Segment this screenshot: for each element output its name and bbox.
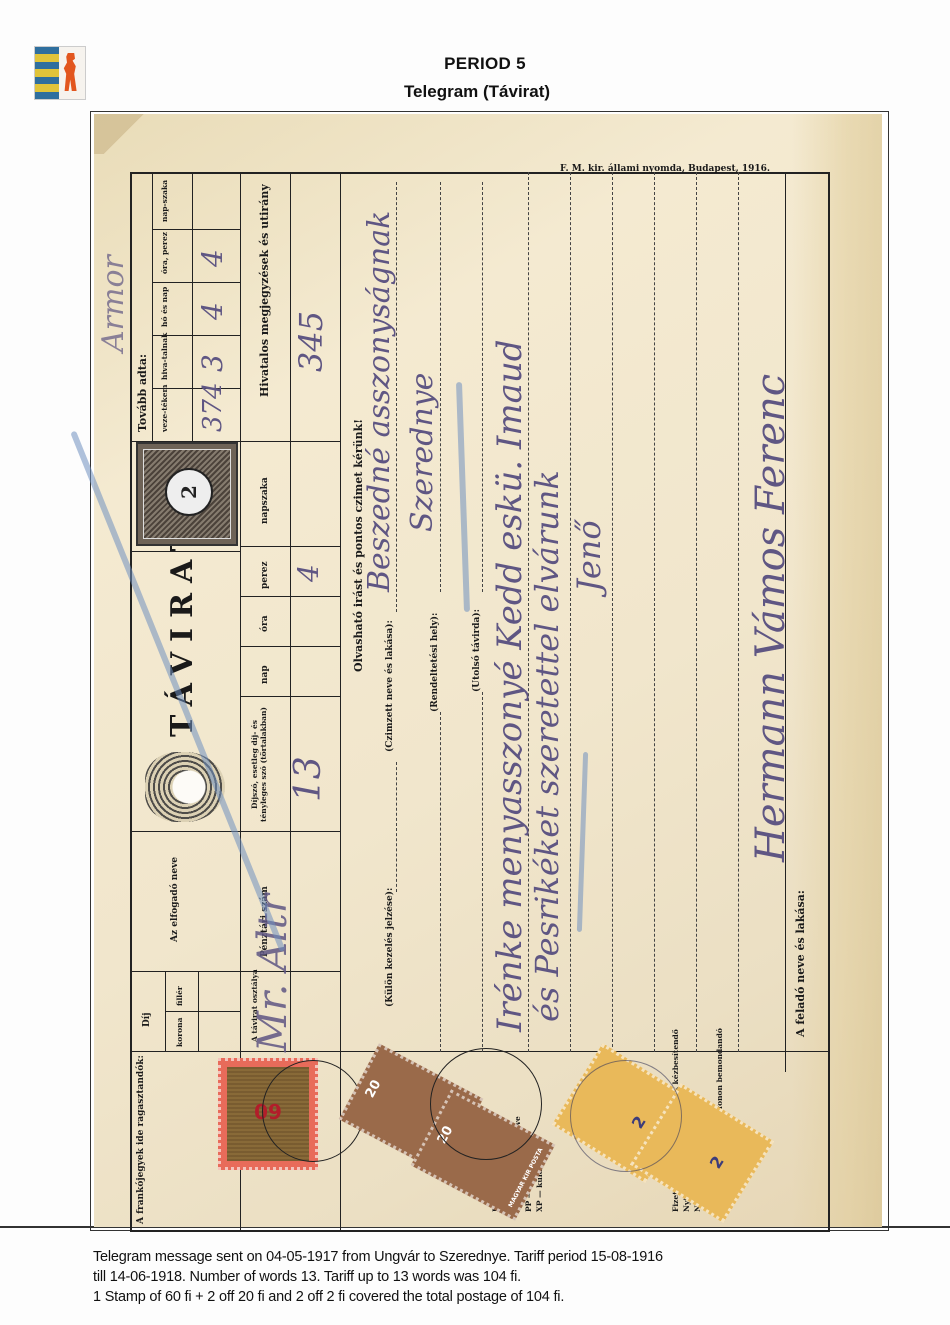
fwd-value-vezetekem: 374	[198, 382, 228, 432]
ora-label: óra	[260, 615, 270, 632]
words-value: 13	[288, 756, 329, 802]
fee-subdivider	[165, 972, 166, 1052]
caption: Telegram message sent on 04-05-1917 from…	[93, 1247, 933, 1307]
message-line-text-1: Irénke menyasszonyé Kedd eskü. Imaud	[490, 339, 530, 1032]
imprinted-stamp-value: 2	[165, 468, 213, 516]
destination-value: Szerednye	[405, 373, 440, 532]
sender-label: A feladó neve és lakása:	[794, 890, 807, 1037]
fwd-value-ora: 4	[196, 249, 229, 267]
last-office-label: (Utolsó távirda):	[472, 609, 482, 692]
message-line-3	[612, 172, 613, 1052]
fee-subdivider-2	[198, 972, 199, 1052]
fwd-col-hivatalnak: hiva-talnak	[160, 333, 169, 380]
recipient-value: Beszedné asszonyságnak	[362, 211, 397, 592]
message-line-4	[654, 172, 655, 1052]
message-line-text-3: Jenő	[570, 520, 608, 592]
fwd-col-line-3	[152, 282, 240, 283]
ora-divider	[240, 646, 340, 647]
page-title: PERIOD 5	[0, 54, 950, 74]
fwd-value-ho-nap: 4	[196, 302, 229, 320]
last-office-line	[482, 182, 483, 592]
printer-imprint: F. M. kir. állami nyomda, Budapest, 1916…	[560, 164, 770, 174]
postmark-3	[570, 1060, 682, 1172]
sender-value: Hermann Vámos Ferenc	[748, 374, 794, 862]
fwd-row-line-2	[192, 172, 193, 442]
official-notes-label: Hivatalos megjegyzések és utirány	[258, 184, 271, 397]
recipient-label: (Czimzett neve és lakása):	[385, 620, 395, 752]
fee-col-divider	[165, 1011, 240, 1012]
stamps-area-label: A frankójegyek ide ragasztandók:	[136, 1055, 146, 1224]
fee-korona-label: korona	[175, 1018, 184, 1047]
imprinted-stamp: 2	[136, 442, 238, 546]
message-line-2	[570, 172, 571, 1052]
fwd-value-hivatalnak: 3	[196, 354, 229, 372]
fwd-col-line-4	[152, 229, 240, 230]
napszaka-divider	[240, 546, 340, 547]
fwd-col-vezetekem: veze-tékem	[160, 385, 169, 432]
special-handling-label: (Külön kezelés jelzése):	[385, 888, 395, 1007]
caption-line-1: Telegram message sent on 04-05-1917 from…	[93, 1247, 933, 1267]
acceptor-label: Az elfogadó neve	[170, 857, 180, 942]
caption-line-2: till 14-06-1918. Number of words 13. Tar…	[93, 1267, 933, 1287]
fee-filler-label: fillér	[175, 986, 184, 1006]
stamp-2-value-2: 2	[685, 1119, 749, 1205]
perc-divider	[240, 596, 340, 597]
fwd-row-line	[152, 172, 153, 442]
message-line-6	[738, 172, 739, 1052]
message-line-5	[696, 172, 697, 1052]
fee-divider	[130, 971, 240, 972]
fwd-col-ho-es-nap: hó és nap	[160, 287, 169, 327]
forwarded-label: Tovább adta:	[136, 354, 149, 432]
notes-divider	[240, 441, 340, 442]
destination-label: (Rendeltetési hely):	[430, 613, 440, 712]
fwd-signature: Armor	[96, 255, 131, 352]
acceptor-divider	[130, 831, 240, 832]
page-subtitle: Telegram (Távirat)	[0, 82, 950, 102]
postmark-2	[430, 1048, 542, 1160]
caption-line-3: 1 Stamp of 60 fi + 2 off 20 fi and 2 off…	[93, 1287, 933, 1307]
perc-value: 4	[292, 564, 325, 582]
nap-divider	[240, 696, 340, 697]
official-notes-value: 345	[292, 311, 330, 372]
perc-label: perez	[260, 561, 270, 589]
special-handling-line	[396, 762, 397, 892]
fee-label: Díj	[142, 1013, 152, 1027]
napszaka-label: napszaka	[260, 477, 270, 524]
message-line-text-2: és Pesrikéket szeretettel elvárunk	[528, 470, 566, 1022]
destination-line	[440, 182, 441, 592]
fwd-col-napszaka: nap-szaka	[160, 180, 169, 222]
fwd-col-ora-perc: óra, perez	[160, 232, 169, 274]
nap-label: nap	[260, 665, 270, 684]
words-label: Díjszó, esetleg díj- és tényleges szó (t…	[250, 702, 268, 827]
dest-left-line	[440, 712, 441, 1052]
last-office-left-line	[482, 692, 483, 1052]
